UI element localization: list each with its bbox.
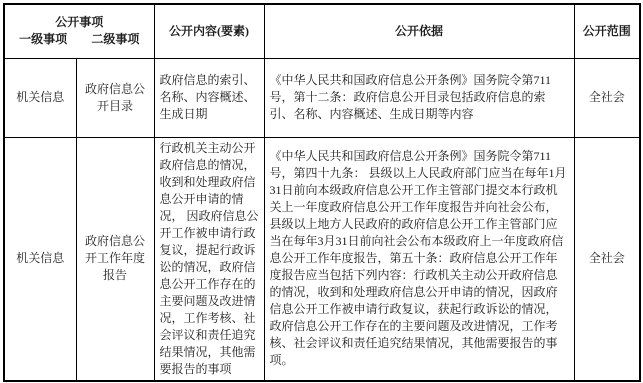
cell-basis: 《中华人民共和国政府信息公开条例》国务院令第711号，第四十九条： 县级以上人民… [264,137,574,381]
cell-level1: 机关信息 [4,137,76,381]
cell-scope: 全社会 [574,137,640,381]
header-subcolumns: 一级事项 二级事项 [7,31,152,48]
cell-level1: 机关信息 [4,58,76,137]
header-group-title: 公开事项 [7,14,152,31]
cell-scope: 全社会 [574,58,640,137]
table-row: 机关信息 政府信息公开目录 政府信息的索引、名称、内容概述、生成日期 《中华人民… [4,58,640,137]
cell-basis: 《中华人民共和国政府信息公开条例》国务院令第711号，第十二条：政府信息公开目录… [264,58,574,137]
header-level2: 二级事项 [79,31,151,48]
cell-content: 政府信息的索引、名称、内容概述、生成日期 [154,58,264,137]
cell-content: 行政机关主动公开政府信息的情况，收到和处理政府信息公开申请的情况， 因政府信息公… [154,137,264,381]
header-basis: 公开依据 [264,4,574,58]
cell-level2: 政府信息公开目录 [76,58,154,137]
disclosure-table: 公开事项 一级事项 二级事项 公开内容(要素) 公开依据 公开范围 机关信息 政… [3,3,641,382]
table-header-row: 公开事项 一级事项 二级事项 公开内容(要素) 公开依据 公开范围 [4,4,640,58]
header-scope: 公开范围 [574,4,640,58]
header-content: 公开内容(要素) [154,4,264,58]
header-disclosure-items: 公开事项 一级事项 二级事项 [4,4,154,58]
cell-level2: 政府信息公开工作年度报告 [76,137,154,381]
header-level1: 一级事项 [7,31,79,48]
table-row: 机关信息 政府信息公开工作年度报告 行政机关主动公开政府信息的情况，收到和处理政… [4,137,640,381]
